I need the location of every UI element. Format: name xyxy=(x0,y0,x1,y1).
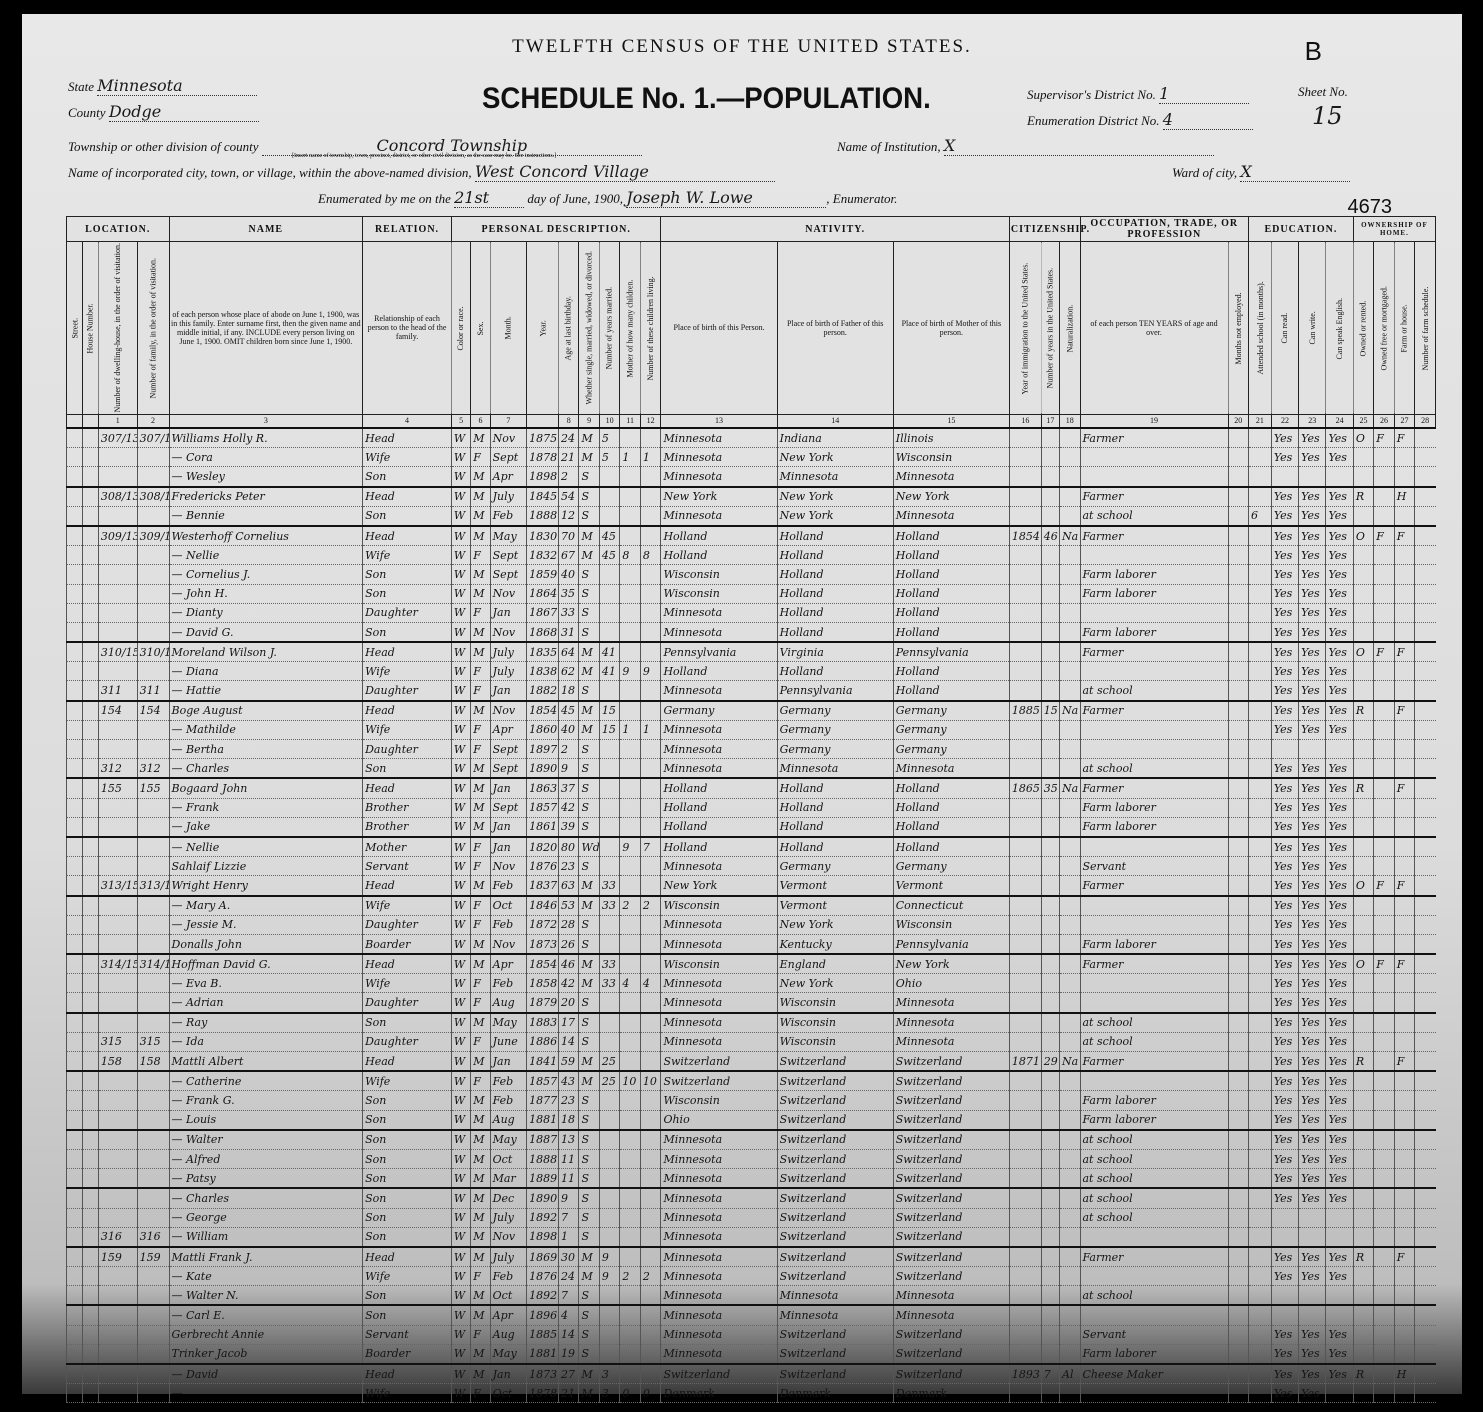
cell-bp: Ohio xyxy=(661,1110,777,1130)
cell-eng: Yes xyxy=(1326,662,1353,681)
cell-write: Yes xyxy=(1299,915,1326,934)
cell-name: — Eva B. xyxy=(169,974,363,993)
cell-fam xyxy=(137,1267,169,1286)
cell-ms: S xyxy=(579,1091,599,1110)
cell-free xyxy=(1374,1208,1394,1227)
cell-nat: Na xyxy=(1060,701,1080,721)
cell-fbp: New York xyxy=(777,487,893,507)
cell-rel: Servant xyxy=(363,857,452,876)
cell-mc xyxy=(620,1130,640,1150)
cell-sch xyxy=(1249,487,1272,507)
cell-house xyxy=(82,701,98,721)
cell-color: W xyxy=(451,720,470,739)
cell-sex: M xyxy=(471,487,490,507)
cell-cl xyxy=(640,526,661,546)
cell-mbp: Denmark xyxy=(893,1384,1009,1403)
table-row: Trinker JacobBoarderWMMay188119SMinnesot… xyxy=(67,1344,1436,1364)
cell-cl xyxy=(640,1247,661,1267)
cell-bp: Minnesota xyxy=(661,1013,777,1033)
cell-ms: M xyxy=(579,642,599,662)
ward-value: X xyxy=(1240,162,1350,182)
cell-write xyxy=(1299,1227,1326,1247)
cell-sex: F xyxy=(471,915,490,934)
cell-occ: Farm laborer xyxy=(1080,584,1228,603)
cell-occ: Farmer xyxy=(1080,1247,1228,1267)
cell-rel: Son xyxy=(363,1208,452,1227)
cell-dw xyxy=(98,1071,137,1091)
cell-ym: 45 xyxy=(599,526,619,546)
cell-ms: S xyxy=(579,993,599,1013)
cell-eng: Yes xyxy=(1326,1344,1353,1364)
cell-bp: Minnesota xyxy=(661,506,777,526)
cell-read: Yes xyxy=(1271,681,1298,701)
cell-street xyxy=(67,1364,83,1384)
cell-imm xyxy=(1009,1267,1041,1286)
cell-year: 1857 xyxy=(527,1071,559,1091)
cell-rel: Head xyxy=(363,876,452,896)
group-ownership: OWNERSHIP OF HOME. xyxy=(1353,217,1435,242)
cell-fbp: Pennsylvania xyxy=(777,681,893,701)
cell-imm xyxy=(1009,915,1041,934)
cell-eng xyxy=(1326,1286,1353,1306)
cell-own xyxy=(1353,1130,1373,1150)
cell-color: W xyxy=(451,1130,470,1150)
cell-bp: Minnesota xyxy=(661,622,777,642)
cell-house xyxy=(82,1169,98,1189)
cell-yrs xyxy=(1041,1013,1059,1033)
cell-rel: Boarder xyxy=(363,1344,452,1364)
cell-fam xyxy=(137,740,169,759)
cell-color: W xyxy=(451,467,470,487)
cell-name: — Charles xyxy=(169,1188,363,1208)
cell-dw: 313/156 xyxy=(98,876,137,896)
cell-rel: Wife xyxy=(363,448,452,467)
cell-dw xyxy=(98,546,137,565)
column-number: 10 xyxy=(599,414,619,428)
cell-house xyxy=(82,1110,98,1130)
cell-mne xyxy=(1228,1267,1249,1286)
cell-imm xyxy=(1009,817,1041,837)
cell-own xyxy=(1353,603,1373,622)
cell-write: Yes xyxy=(1299,1169,1326,1189)
cell-mc xyxy=(620,876,640,896)
cell-own: O xyxy=(1353,428,1373,448)
cell-sch xyxy=(1249,993,1272,1013)
cell-farm xyxy=(1394,1091,1414,1110)
cell-fbp: Switzerland xyxy=(777,1169,893,1189)
cell-yrs xyxy=(1041,740,1059,759)
cell-mbp: Holland xyxy=(893,798,1009,817)
cell-nat xyxy=(1060,603,1080,622)
cell-yrs xyxy=(1041,896,1059,916)
cell-read: Yes xyxy=(1271,1325,1298,1344)
cell-occ: at school xyxy=(1080,1286,1228,1306)
cell-read: Yes xyxy=(1271,798,1298,817)
cell-eng: Yes xyxy=(1326,487,1353,507)
cell-farm xyxy=(1394,662,1414,681)
city-value: West Concord Village xyxy=(475,162,775,182)
cell-mne xyxy=(1228,974,1249,993)
cell-mc xyxy=(620,1110,640,1130)
cell-mc xyxy=(620,1305,640,1325)
cell-sex: M xyxy=(471,1110,490,1130)
cell-mbp: New York xyxy=(893,487,1009,507)
cell-free xyxy=(1374,1384,1394,1403)
cell-sch xyxy=(1249,681,1272,701)
cell-mne xyxy=(1228,1325,1249,1344)
cell-dw xyxy=(98,603,137,622)
column-number: 26 xyxy=(1374,414,1394,428)
cell-own xyxy=(1353,1208,1373,1227)
cell-farmsch xyxy=(1415,428,1436,448)
cell-farmsch xyxy=(1415,1247,1436,1267)
cell-house xyxy=(82,759,98,779)
cell-mne xyxy=(1228,1208,1249,1227)
cell-nat xyxy=(1060,506,1080,526)
cell-imm xyxy=(1009,1227,1041,1247)
cell-write: Yes xyxy=(1299,1032,1326,1051)
cell-fbp: Wisconsin xyxy=(777,1013,893,1033)
cell-yrs xyxy=(1041,584,1059,603)
cell-house xyxy=(82,817,98,837)
cell-read xyxy=(1271,1227,1298,1247)
cell-year: 1838 xyxy=(527,662,559,681)
cell-own xyxy=(1353,1286,1373,1306)
cell-year: 1854 xyxy=(527,701,559,721)
cell-fbp: Denmark xyxy=(777,1384,893,1403)
cell-rel: Son xyxy=(363,1130,452,1150)
column-number xyxy=(527,414,559,428)
cell-nat xyxy=(1060,642,1080,662)
cell-ms: S xyxy=(579,506,599,526)
cell-imm xyxy=(1009,1091,1041,1110)
cell-year: 1830 xyxy=(527,526,559,546)
cell-ym xyxy=(599,1130,619,1150)
cell-mbp: New York xyxy=(893,954,1009,974)
cell-own: R xyxy=(1353,1247,1373,1267)
cell-occ xyxy=(1080,993,1228,1013)
cell-street xyxy=(67,1247,83,1267)
cell-month: May xyxy=(490,526,526,546)
cell-age: 17 xyxy=(558,1013,578,1033)
cell-color: W xyxy=(451,603,470,622)
cell-occ: at school xyxy=(1080,1149,1228,1168)
cell-month: June xyxy=(490,1032,526,1051)
cell-sex: F xyxy=(471,448,490,467)
cell-mbp: Connecticut xyxy=(893,896,1009,916)
cell-farmsch xyxy=(1415,506,1436,526)
cell-street xyxy=(67,720,83,739)
cell-name: — Jessie M. xyxy=(169,915,363,934)
cell-fam xyxy=(137,603,169,622)
cell-month: May xyxy=(490,1013,526,1033)
cell-mbp: Wisconsin xyxy=(893,915,1009,934)
cell-free xyxy=(1374,1364,1394,1384)
cell-fam xyxy=(137,1149,169,1168)
cell-sex: M xyxy=(471,798,490,817)
cell-fbp: Switzerland xyxy=(777,1188,893,1208)
cell-farm xyxy=(1394,1169,1414,1189)
cell-sch xyxy=(1249,1013,1272,1033)
cell-street xyxy=(67,1013,83,1033)
cell-age: 26 xyxy=(558,934,578,954)
cell-occ: Farm laborer xyxy=(1080,1110,1228,1130)
cell-nat xyxy=(1060,934,1080,954)
column-header: Naturalization. xyxy=(1060,242,1080,415)
cell-free xyxy=(1374,798,1394,817)
column-number: 14 xyxy=(777,414,893,428)
cell-occ xyxy=(1080,467,1228,487)
cell-yrs xyxy=(1041,1267,1059,1286)
cell-sex: M xyxy=(471,954,490,974)
cell-mne xyxy=(1228,740,1249,759)
cell-farm: F xyxy=(1394,876,1414,896)
cell-imm xyxy=(1009,857,1041,876)
cell-eng: Yes xyxy=(1326,1071,1353,1091)
cell-mne xyxy=(1228,1071,1249,1091)
table-row: — DianaWifeWFJuly183862M4199HollandHolla… xyxy=(67,662,1436,681)
cell-dw xyxy=(98,1267,137,1286)
column-header: Number of family, in the order of visita… xyxy=(137,242,169,415)
cell-free: F xyxy=(1374,642,1394,662)
cell-free xyxy=(1374,1305,1394,1325)
cell-farmsch xyxy=(1415,759,1436,779)
cell-imm xyxy=(1009,993,1041,1013)
cell-mc xyxy=(620,584,640,603)
cell-sex: M xyxy=(471,759,490,779)
cell-age: 7 xyxy=(558,1286,578,1306)
cell-mc xyxy=(620,915,640,934)
cell-mne xyxy=(1228,1247,1249,1267)
cell-free xyxy=(1374,1227,1394,1247)
cell-street xyxy=(67,526,83,546)
cell-fam xyxy=(137,974,169,993)
column-header: Mother of how many children. xyxy=(620,242,640,415)
cell-ym xyxy=(599,584,619,603)
cell-sex: M xyxy=(471,1364,490,1384)
cell-mc xyxy=(620,1227,640,1247)
cell-mne xyxy=(1228,798,1249,817)
cell-imm xyxy=(1009,876,1041,896)
cell-nat: Na xyxy=(1060,526,1080,546)
cell-month: Jan xyxy=(490,817,526,837)
cell-year: 1887 xyxy=(527,1130,559,1150)
cell-mbp: Switzerland xyxy=(893,1110,1009,1130)
cell-sch xyxy=(1249,857,1272,876)
cell-nat: Na xyxy=(1060,778,1080,798)
cell-sex: M xyxy=(471,1013,490,1033)
cell-farmsch xyxy=(1415,584,1436,603)
cell-mc xyxy=(620,1344,640,1364)
cell-mbp: Holland xyxy=(893,817,1009,837)
cell-color: W xyxy=(451,1013,470,1033)
cell-ym: 15 xyxy=(599,720,619,739)
column-number: 9 xyxy=(579,414,599,428)
cell-fbp: Switzerland xyxy=(777,1247,893,1267)
cell-ms: S xyxy=(579,1013,599,1033)
column-number: 25 xyxy=(1353,414,1373,428)
table-row: 312312— CharlesSonWMSept18909SMinnesotaM… xyxy=(67,759,1436,779)
table-row: — WifeWFOct187821M300DenmarkDenmarkDenma… xyxy=(67,1384,1436,1403)
cell-rel: Head xyxy=(363,642,452,662)
cell-house xyxy=(82,1208,98,1227)
cell-color: W xyxy=(451,954,470,974)
cell-fam: 311 xyxy=(137,681,169,701)
cell-dw: 315 xyxy=(98,1032,137,1051)
cell-mbp: Pennsylvania xyxy=(893,642,1009,662)
cell-color: W xyxy=(451,857,470,876)
cell-name: — William xyxy=(169,1227,363,1247)
cell-fam: 310/153 xyxy=(137,642,169,662)
cell-cl xyxy=(640,467,661,487)
cell-street xyxy=(67,428,83,448)
cell-imm: 1893 xyxy=(1009,1364,1041,1384)
cell-cl: 7 xyxy=(640,837,661,857)
cell-eng: Yes xyxy=(1326,1247,1353,1267)
cell-fam xyxy=(137,1130,169,1150)
cell-farm xyxy=(1394,1208,1414,1227)
cell-color: W xyxy=(451,701,470,721)
cell-free xyxy=(1374,1052,1394,1072)
cell-free xyxy=(1374,681,1394,701)
cell-cl xyxy=(640,1013,661,1033)
cell-imm xyxy=(1009,1384,1041,1403)
column-header: Whether single, married, widowed, or div… xyxy=(579,242,599,415)
cell-farm: F xyxy=(1394,954,1414,974)
cell-fam xyxy=(137,448,169,467)
cell-cl xyxy=(640,642,661,662)
cell-mne xyxy=(1228,896,1249,916)
cell-color: W xyxy=(451,428,470,448)
cell-rel: Daughter xyxy=(363,915,452,934)
cell-mne xyxy=(1228,487,1249,507)
cell-year: 1878 xyxy=(527,1384,559,1403)
cell-write: Yes xyxy=(1299,817,1326,837)
cell-mne xyxy=(1228,1013,1249,1033)
cell-bp: Holland xyxy=(661,778,777,798)
cell-own xyxy=(1353,974,1373,993)
cell-nat xyxy=(1060,428,1080,448)
cell-name: — Frank xyxy=(169,798,363,817)
cell-mbp: Pennsylvania xyxy=(893,934,1009,954)
cell-ms: M xyxy=(579,526,599,546)
cell-color: W xyxy=(451,1149,470,1168)
cell-cl xyxy=(640,1091,661,1110)
cell-name: — Ida xyxy=(169,1032,363,1051)
cell-free xyxy=(1374,1013,1394,1033)
cell-yrs xyxy=(1041,546,1059,565)
cell-mne xyxy=(1228,720,1249,739)
cell-house xyxy=(82,584,98,603)
cell-mc xyxy=(620,798,640,817)
cell-dw xyxy=(98,1364,137,1384)
cell-sex: M xyxy=(471,778,490,798)
cell-month: Sept xyxy=(490,565,526,584)
cell-mne xyxy=(1228,603,1249,622)
cell-farm xyxy=(1394,1227,1414,1247)
column-header: Year. xyxy=(527,242,559,415)
cell-cl xyxy=(640,487,661,507)
cell-mne xyxy=(1228,428,1249,448)
cell-year: 1889 xyxy=(527,1169,559,1189)
cell-ms: M xyxy=(579,1247,599,1267)
table-row: — Mary A.WifeWFOct184653M3322WisconsinVe… xyxy=(67,896,1436,916)
cell-nat xyxy=(1060,1344,1080,1364)
county-field: County Dodge xyxy=(68,102,259,122)
cell-dw: 308/131 xyxy=(98,487,137,507)
cell-age: 35 xyxy=(558,584,578,603)
cell-sch xyxy=(1249,467,1272,487)
cell-street xyxy=(67,1071,83,1091)
cell-cl xyxy=(640,1286,661,1306)
cell-mbp: Minnesota xyxy=(893,1013,1009,1033)
cell-house xyxy=(82,546,98,565)
table-row: — AlfredSonWMOct188811SMinnesotaSwitzerl… xyxy=(67,1149,1436,1168)
cell-sch xyxy=(1249,1071,1272,1091)
cell-free xyxy=(1374,1149,1394,1168)
cell-ym xyxy=(599,1149,619,1168)
cell-nat xyxy=(1060,1169,1080,1189)
cell-month: Apr xyxy=(490,954,526,974)
cell-dw xyxy=(98,662,137,681)
cell-ym: 3 xyxy=(599,1384,619,1403)
cell-ms: S xyxy=(579,1032,599,1051)
cell-read: Yes xyxy=(1271,448,1298,467)
cell-farm: H xyxy=(1394,1364,1414,1384)
cell-ym xyxy=(599,759,619,779)
cell-occ xyxy=(1080,974,1228,993)
cell-nat xyxy=(1060,915,1080,934)
cell-imm xyxy=(1009,837,1041,857)
cell-age: 63 xyxy=(558,876,578,896)
cell-month: Nov xyxy=(490,428,526,448)
cell-free: F xyxy=(1374,526,1394,546)
cell-ms: M xyxy=(579,1364,599,1384)
cell-write: Yes xyxy=(1299,876,1326,896)
cell-sch xyxy=(1249,740,1272,759)
cell-imm xyxy=(1009,1110,1041,1130)
cell-nat xyxy=(1060,993,1080,1013)
cell-read: Yes xyxy=(1271,662,1298,681)
cell-occ: at school xyxy=(1080,759,1228,779)
column-header: Can write. xyxy=(1299,242,1326,415)
cell-month: Oct xyxy=(490,1286,526,1306)
cell-month: Sept xyxy=(490,448,526,467)
cell-house xyxy=(82,934,98,954)
cell-rel: Mother xyxy=(363,837,452,857)
cell-dw xyxy=(98,817,137,837)
cell-bp: Minnesota xyxy=(661,428,777,448)
cell-fbp: Switzerland xyxy=(777,1364,893,1384)
cell-year: 1864 xyxy=(527,584,559,603)
cell-age: 14 xyxy=(558,1032,578,1051)
cell-age: 20 xyxy=(558,993,578,1013)
cell-imm xyxy=(1009,662,1041,681)
cell-rel: Servant xyxy=(363,1325,452,1344)
cell-free xyxy=(1374,1188,1394,1208)
county-value: Dodge xyxy=(109,102,259,122)
cell-sex: F xyxy=(471,1071,490,1091)
cell-ym xyxy=(599,857,619,876)
cell-name: — xyxy=(169,1384,363,1403)
cell-fam xyxy=(137,1208,169,1227)
cell-ms: S xyxy=(579,1208,599,1227)
column-number: 11 xyxy=(620,414,640,428)
cell-house xyxy=(82,1344,98,1364)
cell-street xyxy=(67,546,83,565)
cell-ms: S xyxy=(579,622,599,642)
cell-month: Feb xyxy=(490,1071,526,1091)
